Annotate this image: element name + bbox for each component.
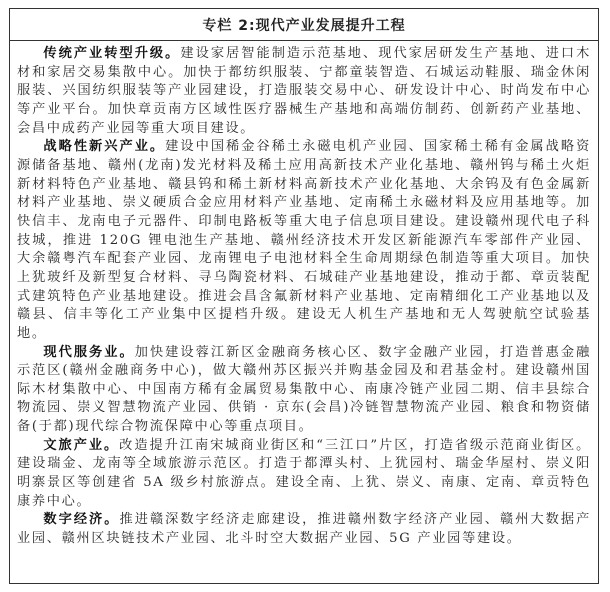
section-culture-tourism: 文旅产业。改造提升江南宋城商业街区和“三江口”片区，打造省级示范商业街区。建设瑞… (17, 437, 591, 512)
box-title: 专栏 2:现代产业发展提升工程 (10, 9, 598, 41)
section-heading: 文旅产业。 (43, 438, 119, 453)
section-traditional-industry: 传统产业转型升级。建设家居智能制造示范基地、现代家居研发生产基地、进口木材和家居… (17, 45, 591, 138)
section-heading: 战略性新兴产业。 (43, 139, 165, 154)
feature-box: 专栏 2:现代产业发展提升工程 传统产业转型升级。建设家居智能制造示范基地、现代… (9, 8, 599, 584)
section-digital-economy: 数字经济。推进赣深数字经济走廊建设，推进赣州数字经济产业园、赣州大数据产业园、赣… (17, 511, 591, 548)
section-heading: 现代服务业。 (43, 345, 134, 360)
box-body: 传统产业转型升级。建设家居智能制造示范基地、现代家居研发生产基地、进口木材和家居… (10, 41, 598, 549)
section-heading: 传统产业转型升级。 (43, 46, 180, 61)
section-text: 建设中国稀金谷稀土永磁电机产业园、国家稀土稀有金属战略资源储备基地、赣州(龙南)… (17, 139, 591, 341)
section-modern-services: 现代服务业。加快建设蓉江新区金融商务核心区、数字金融产业园，打造普惠金融示范区(… (17, 344, 591, 437)
section-heading: 数字经济。 (43, 512, 119, 527)
section-strategic-emerging-industry: 战略性新兴产业。建设中国稀金谷稀土永磁电机产业园、国家稀土稀有金属战略资源储备基… (17, 138, 591, 343)
